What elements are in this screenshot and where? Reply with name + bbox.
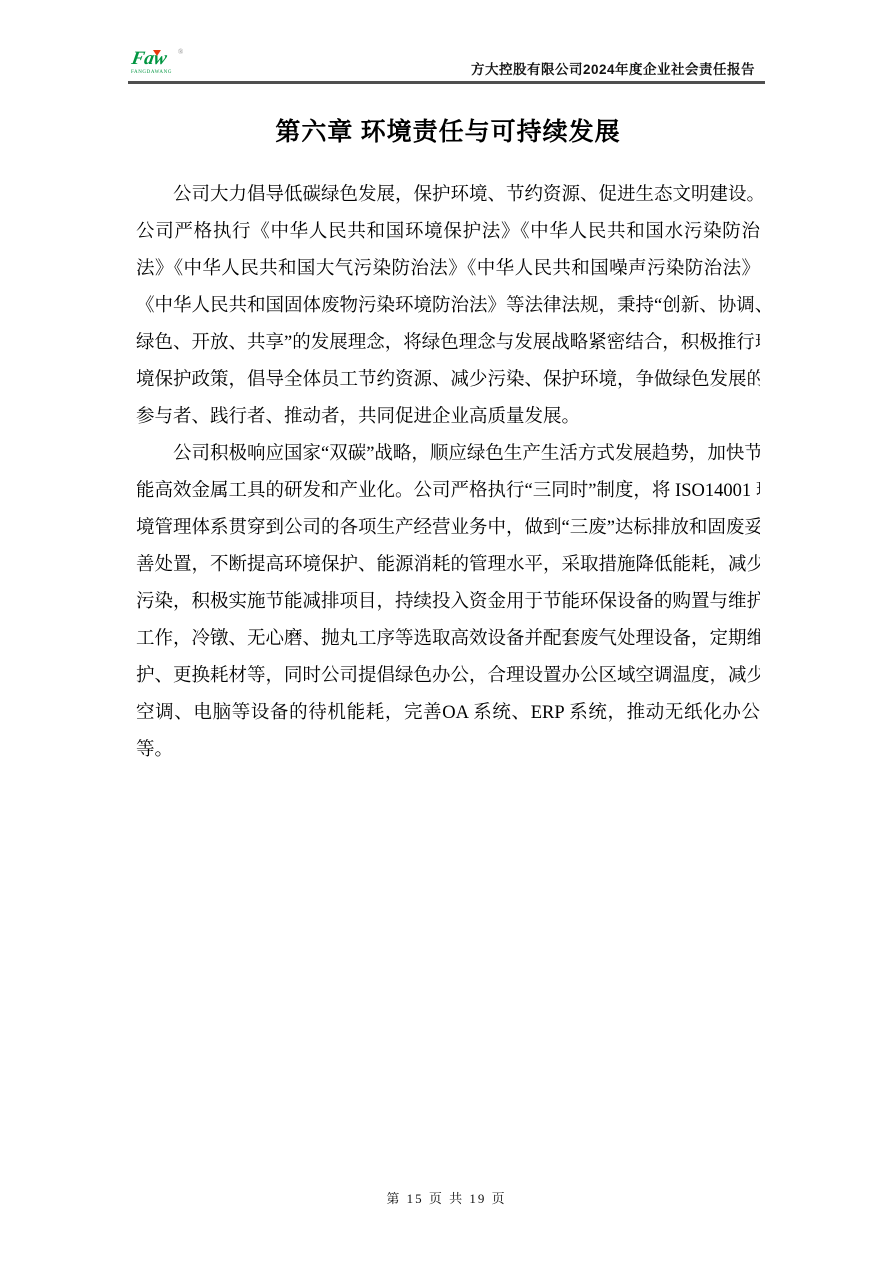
paragraph-line: 污染，积极实施节能减排项目，持续投入资金用于节能环保设备的购置与维护 bbox=[136, 584, 760, 621]
page-header: Faw FANGDAWANG ® 方大控股有限公司2024年度企业社会责任报告 bbox=[128, 0, 765, 84]
paragraph-line: 公司大力倡导低碳绿色发展，保护环境、节约资源、促进生态文明建设。 bbox=[136, 177, 760, 214]
paragraph-line: 《中华人民共和国固体废物污染环境防治法》等法律法规，秉持“创新、协调、 bbox=[136, 288, 760, 325]
document-body: 第六章 环境责任与可持续发展 公司大力倡导低碳绿色发展，保护环境、节约资源、促进… bbox=[136, 87, 760, 769]
logo-subtext: FANGDAWANG bbox=[131, 70, 172, 75]
report-header-title: 方大控股有限公司2024年度企业社会责任报告 bbox=[471, 58, 765, 78]
paragraph: 公司大力倡导低碳绿色发展，保护环境、节约资源、促进生态文明建设。 公司严格执行《… bbox=[136, 177, 760, 436]
paragraph-line: 善处置，不断提高环境保护、能源消耗的管理水平，采取措施降低能耗，减少 bbox=[136, 547, 760, 584]
page-number: 第 15 页 共 19 页 bbox=[0, 1188, 893, 1207]
paragraph-line: 能高效金属工具的研发和产业化。公司严格执行“三同时”制度，将 ISO14001 … bbox=[136, 473, 760, 510]
paragraph-line: 护、更换耗材等，同时公司提倡绿色办公，合理设置办公区域空调温度，减少 bbox=[136, 658, 760, 695]
paragraph-line: 参与者、践行者、推动者，共同促进企业高质量发展。 bbox=[136, 399, 760, 436]
paragraph-line: 空调、电脑等设备的待机能耗，完善OA 系统、ERP 系统，推动无纸化办公 bbox=[136, 695, 760, 732]
paragraph-line: 绿色、开放、共享”的发展理念，将绿色理念与发展战略紧密结合，积极推行环 bbox=[136, 325, 760, 362]
paragraph-line: 公司积极响应国家“双碳”战略，顺应绿色生产生活方式发展趋势，加快节 bbox=[136, 436, 760, 473]
paragraph-line: 等。 bbox=[136, 732, 760, 769]
paragraph-line: 法》《中华人民共和国大气污染防治法》《中华人民共和国噪声污染防治法》 bbox=[136, 251, 760, 288]
paragraph: 公司积极响应国家“双碳”战略，顺应绿色生产生活方式发展趋势，加快节 能高效金属工… bbox=[136, 436, 760, 769]
paragraph-line: 境管理体系贯穿到公司的各项生产经营业务中，做到“三废”达标排放和固废妥 bbox=[136, 510, 760, 547]
logo-mark: Faw bbox=[129, 48, 169, 69]
paragraph-line: 公司严格执行《中华人民共和国环境保护法》《中华人民共和国水污染防治 bbox=[136, 214, 760, 251]
logo-graphic: Faw FANGDAWANG ® bbox=[128, 46, 188, 78]
report-page: Faw FANGDAWANG ® 方大控股有限公司2024年度企业社会责任报告 … bbox=[0, 0, 893, 1263]
fangdawang-logo: Faw FANGDAWANG ® bbox=[128, 46, 188, 78]
paragraph-line: 工作，冷镦、无心磨、抛丸工序等选取高效设备并配套废气处理设备，定期维 bbox=[136, 621, 760, 658]
chapter-title: 第六章 环境责任与可持续发展 bbox=[136, 112, 760, 148]
registered-trademark-icon: ® bbox=[178, 48, 184, 56]
paragraph-line: 境保护政策，倡导全体员工节约资源、减少污染、保护环境，争做绿色发展的 bbox=[136, 362, 760, 399]
